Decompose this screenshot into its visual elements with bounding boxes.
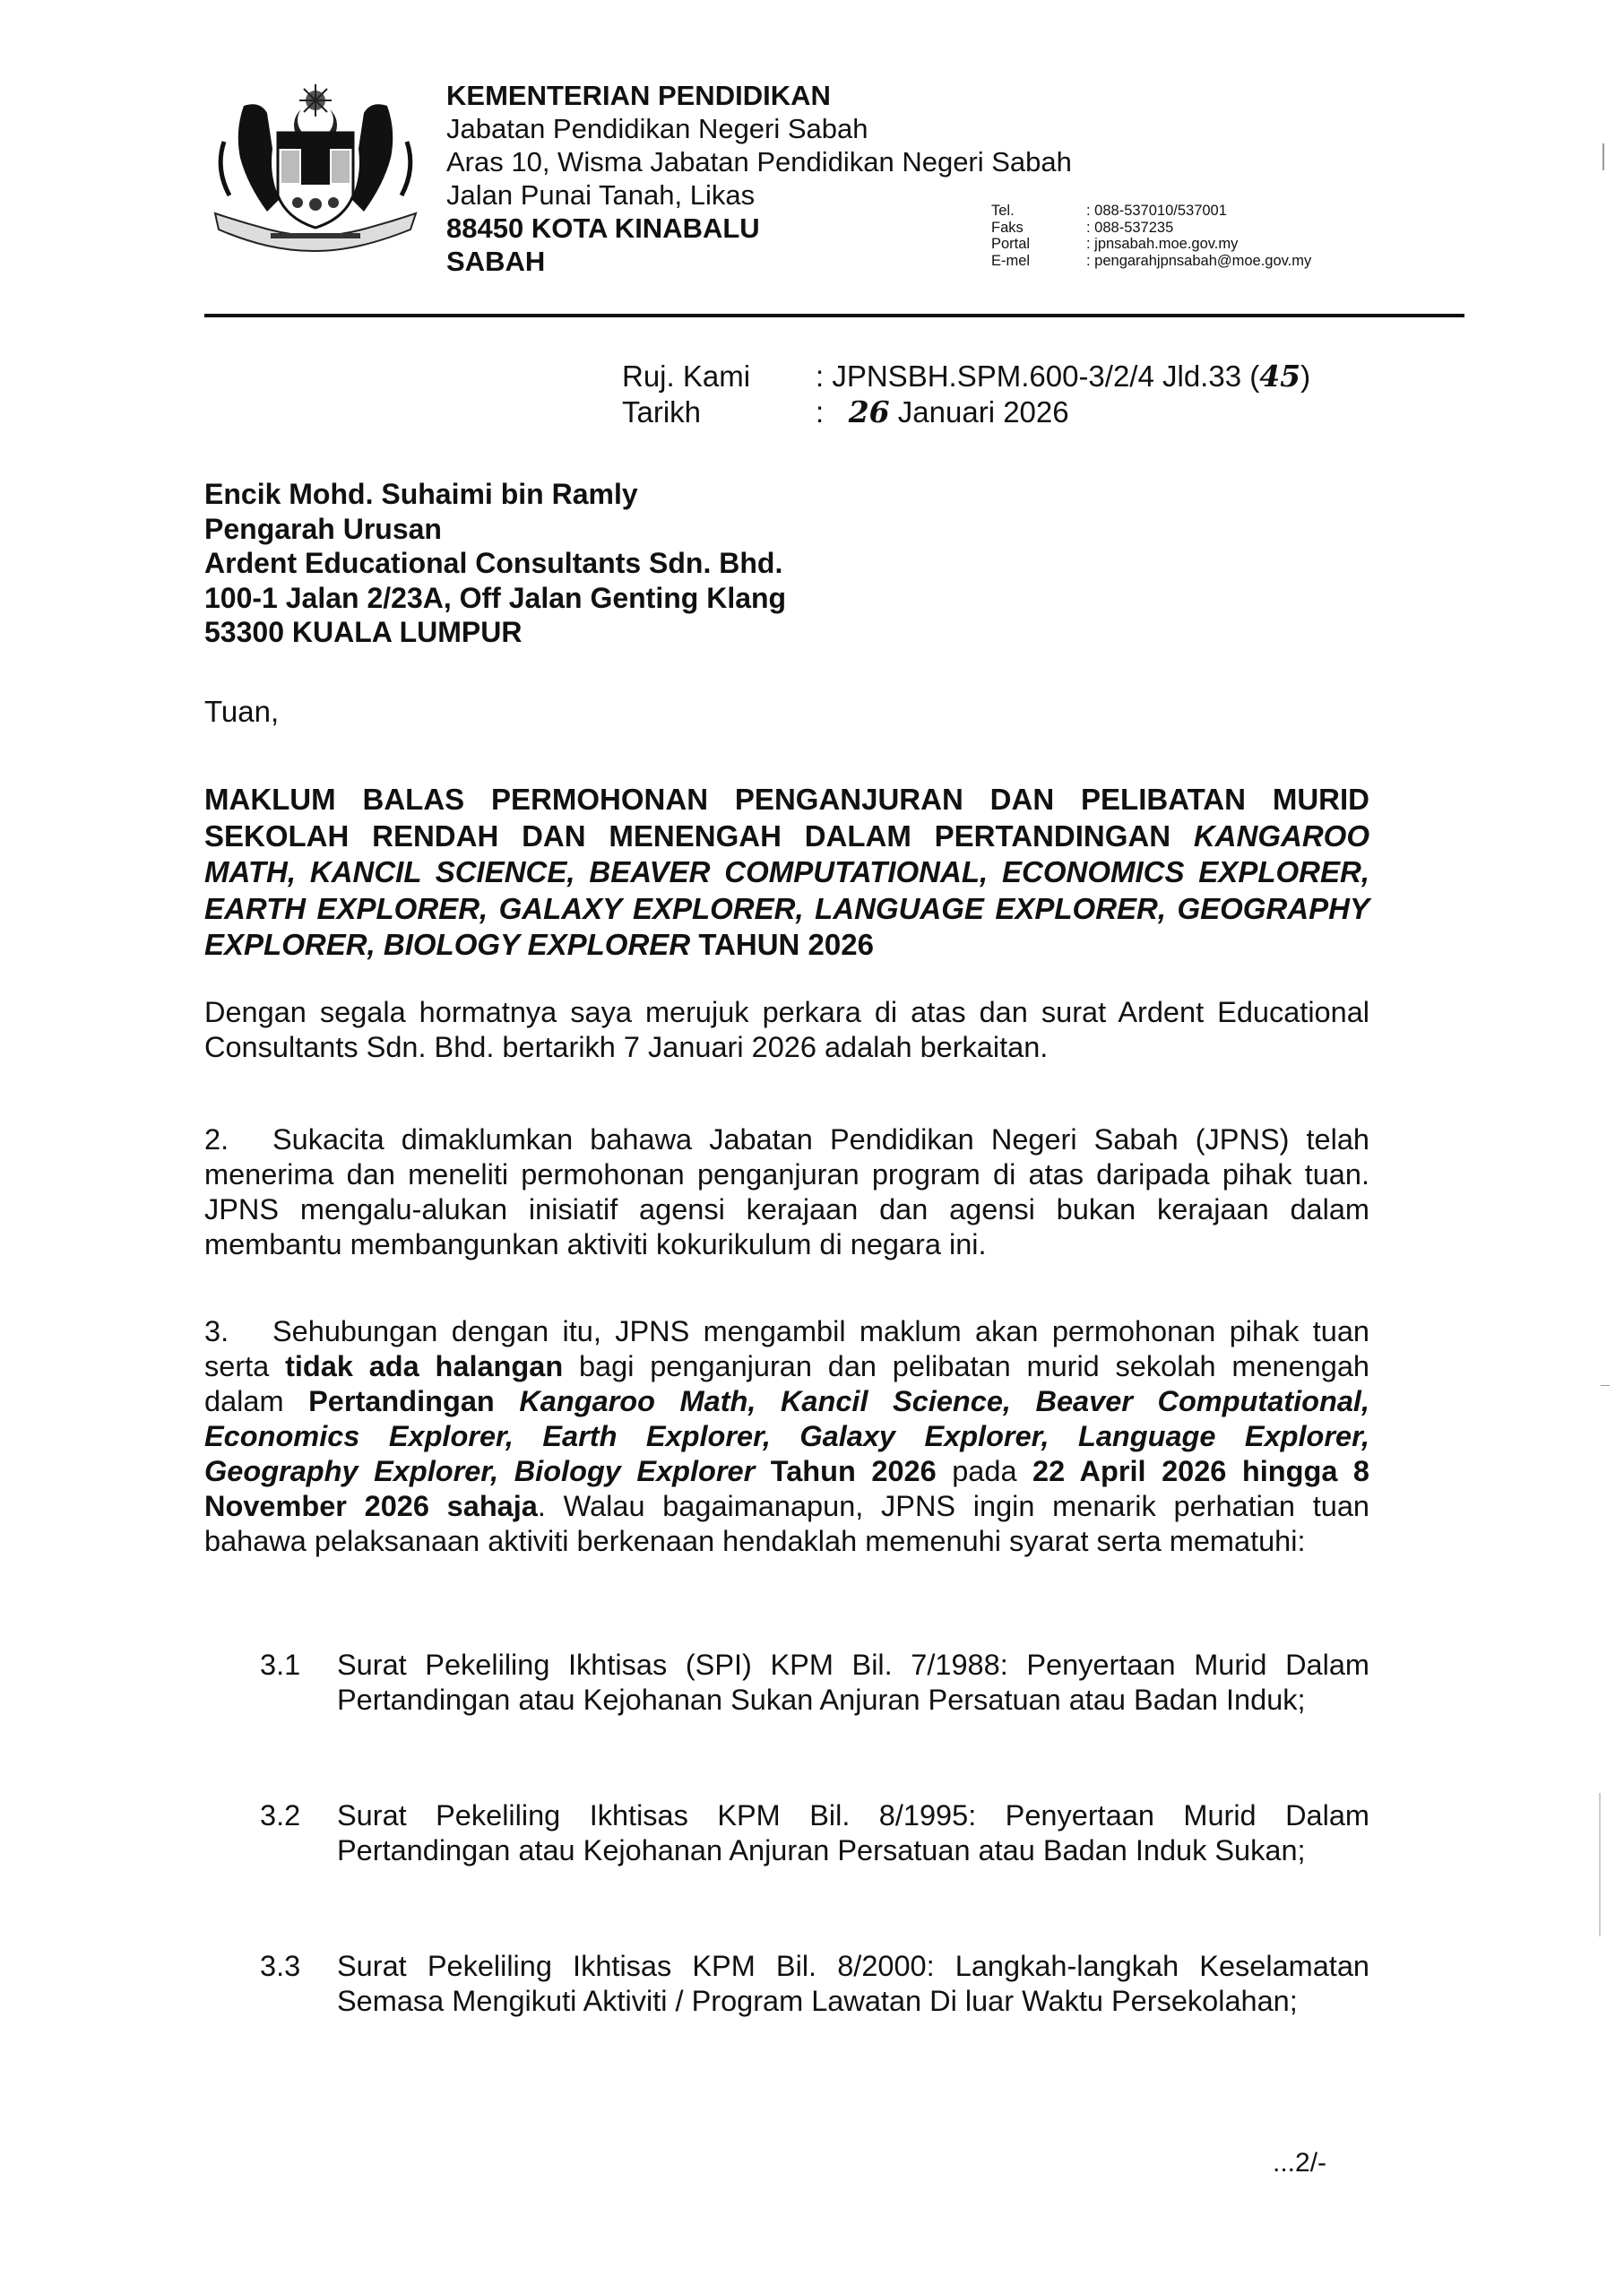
item-number: 3.1 — [260, 1648, 337, 1718]
competition-year: Tahun 2026 — [755, 1455, 936, 1487]
date-colon: : — [816, 394, 824, 430]
reference-block: Ruj. Kami : JPNSBH.SPM.600-3/2/4 Jld.33 … — [622, 359, 1310, 430]
paragraph-2: 2.Sukacita dimaklumkan bahawa Jabatan Pe… — [204, 1122, 1369, 1262]
scan-artifact — [1599, 1793, 1601, 1936]
recipient-name: Encik Mohd. Suhaimi bin Ramly — [204, 477, 786, 512]
recipient-address: Encik Mohd. Suhaimi bin Ramly Pengarah U… — [204, 477, 786, 650]
contact-value: : 088-537235 — [1086, 220, 1173, 237]
item-number: 3.3 — [260, 1949, 337, 2019]
contact-label: E-mel — [991, 253, 1086, 270]
condition-item: 3.2 Surat Pekeliling Ikhtisas KPM Bil. 8… — [260, 1798, 1369, 1868]
ministry-name: KEMENTERIAN PENDIDIKAN — [446, 79, 1072, 112]
reference-value: : JPNSBH.SPM.600-3/2/4 Jld.33 ( — [816, 359, 1259, 394]
contact-value: : pengarahjpnsabah@moe.gov.my — [1086, 253, 1311, 270]
contact-label: Tel. — [991, 203, 1086, 220]
page-continuation: ...2/- — [1273, 2148, 1326, 2178]
letterhead-address: KEMENTERIAN PENDIDIKAN Jabatan Pendidika… — [446, 79, 1072, 278]
letterhead-divider — [204, 314, 1464, 317]
salutation: Tuan, — [204, 695, 279, 729]
postcode-city: 88450 KOTA KINABALU — [446, 212, 1072, 245]
competition-label: Pertandingan — [308, 1385, 519, 1417]
scan-artifact — [1602, 143, 1604, 170]
date-label: Tarikh — [622, 394, 816, 430]
paragraph-1: Dengan segala hormatnya saya merujuk per… — [204, 995, 1369, 1065]
paragraph-3-text: pada — [937, 1455, 1032, 1487]
contact-label: Portal — [991, 236, 1086, 253]
subject-heading: MAKLUM BALAS PERMOHONAN PENGANJURAN DAN … — [204, 782, 1369, 964]
item-text: Surat Pekeliling Ikhtisas KPM Bil. 8/199… — [337, 1798, 1369, 1868]
condition-item: 3.3 Surat Pekeliling Ikhtisas KPM Bil. 8… — [260, 1949, 1369, 2019]
reference-label: Ruj. Kami — [622, 359, 816, 394]
contact-fax: Faks : 088-537235 — [991, 220, 1311, 237]
contact-value: : 088-537010/537001 — [1086, 203, 1227, 220]
paragraph-number: 2. — [204, 1122, 272, 1157]
paragraph-2-text: Sukacita dimaklumkan bahawa Jabatan Pend… — [204, 1123, 1369, 1260]
scan-artifact — [1601, 1385, 1610, 1386]
item-text: Surat Pekeliling Ikhtisas KPM Bil. 8/200… — [337, 1949, 1369, 2019]
contact-tel: Tel. : 088-537010/537001 — [991, 203, 1311, 220]
letter-date: Tarikh : 26 Januari 2026 — [622, 394, 1310, 430]
item-text: Surat Pekeliling Ikhtisas (SPI) KPM Bil.… — [337, 1648, 1369, 1718]
recipient-company: Ardent Educational Consultants Sdn. Bhd. — [204, 546, 786, 581]
contact-details: Tel. : 088-537010/537001 Faks : 088-5372… — [991, 203, 1311, 269]
contact-email: E-mel : pengarahjpnsabah@moe.gov.my — [991, 253, 1311, 270]
subject-tail: TAHUN 2026 — [690, 928, 874, 961]
paragraph-3: 3.Sehubungan dengan itu, JPNS mengambil … — [204, 1314, 1369, 1559]
state: SABAH — [446, 245, 1072, 278]
recipient-position: Pengarah Urusan — [204, 512, 786, 547]
recipient-street: 100-1 Jalan 2/23A, Off Jalan Genting Kla… — [204, 581, 786, 616]
date-value: Januari 2026 — [898, 394, 1069, 430]
condition-item: 3.1 Surat Pekeliling Ikhtisas (SPI) KPM … — [260, 1648, 1369, 1718]
item-number: 3.2 — [260, 1798, 337, 1868]
department-name: Jabatan Pendidikan Negeri Sabah — [446, 112, 1072, 145]
reference-handwritten: 45 — [1259, 359, 1300, 394]
paragraph-number: 3. — [204, 1314, 272, 1349]
coat-of-arms-icon — [208, 79, 423, 258]
reference-number: Ruj. Kami : JPNSBH.SPM.600-3/2/4 Jld.33 … — [622, 359, 1310, 394]
recipient-city: 53300 KUALA LUMPUR — [204, 615, 786, 650]
contact-label: Faks — [991, 220, 1086, 237]
contact-value: : jpnsabah.moe.gov.my — [1086, 236, 1238, 253]
address-line-1: Aras 10, Wisma Jabatan Pendidikan Negeri… — [446, 145, 1072, 178]
contact-portal: Portal : jpnsabah.moe.gov.my — [991, 236, 1311, 253]
date-handwritten-day: 26 — [849, 394, 890, 430]
address-line-2: Jalan Punai Tanah, Likas — [446, 178, 1072, 212]
reference-close: ) — [1300, 359, 1310, 394]
approval-phrase: tidak ada halangan — [285, 1350, 563, 1382]
